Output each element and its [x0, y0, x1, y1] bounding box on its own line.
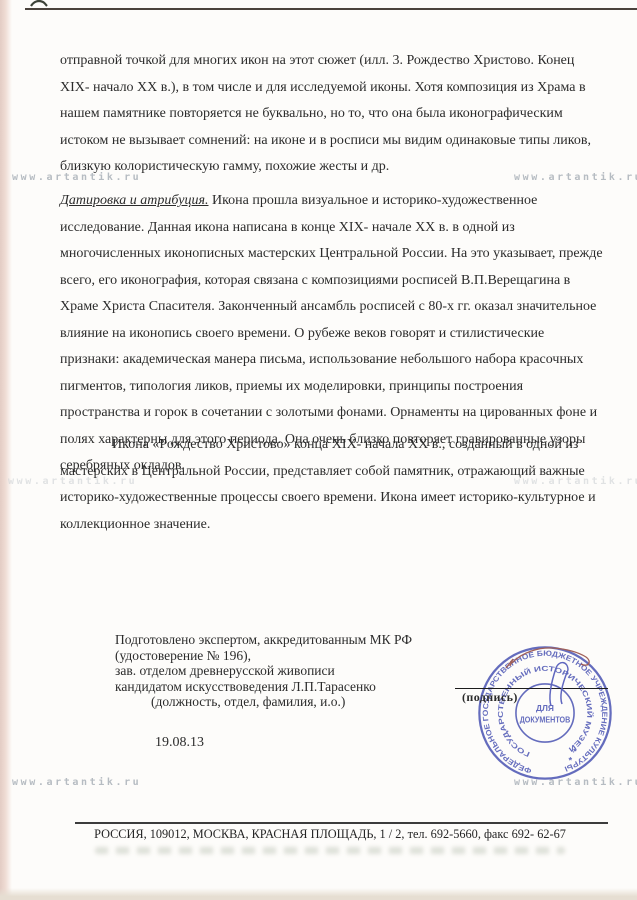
- watermark-bottom-left: www.artantik.ru: [12, 777, 141, 788]
- paragraph-conclusion: Икона «Рождество Христово» конца XIX- на…: [60, 432, 603, 538]
- stamp-separator-star: *: [573, 746, 577, 756]
- expert-line-3: зав. отделом древнерусской живописи: [115, 663, 412, 679]
- scan-edge-bottom: [0, 888, 637, 900]
- top-border-line: [25, 8, 637, 10]
- dating-attribution-heading: Датировка и атрибуция.: [60, 193, 208, 208]
- document-date: 19.08.13: [155, 735, 204, 751]
- scan-edge-left: [0, 0, 12, 900]
- dating-attribution-body: Икона прошла визуальное и историко-худож…: [60, 193, 603, 473]
- expert-line-1: Подготовлено экспертом, аккредитованным …: [115, 632, 412, 648]
- footer-address: РОССИЯ, 109012, МОСКВА, КРАСНАЯ ПЛОЩАДЬ,…: [60, 827, 600, 842]
- expert-line-4: кандидатом искусствоведения Л.П.Тарасенк…: [115, 679, 412, 695]
- expert-attestation-block: Подготовлено экспертом, аккредитованным …: [115, 632, 412, 710]
- footer-divider-line: [75, 822, 608, 824]
- expert-line-5: (должность, отдел, фамилия, и.о.): [115, 694, 412, 710]
- handwritten-signature: [440, 618, 637, 718]
- scanned-document-page: www.artantik.ru www.artantik.ru www.arta…: [0, 0, 637, 900]
- paragraph-continuation: отправной точкой для многих икон на этот…: [60, 48, 603, 181]
- expert-line-2: (удостоверение № 196),: [115, 648, 412, 664]
- top-edge-pen-mark: [30, 0, 48, 8]
- stamp-separator-star: *: [568, 756, 572, 766]
- bleed-through-ghost-text: [95, 847, 565, 854]
